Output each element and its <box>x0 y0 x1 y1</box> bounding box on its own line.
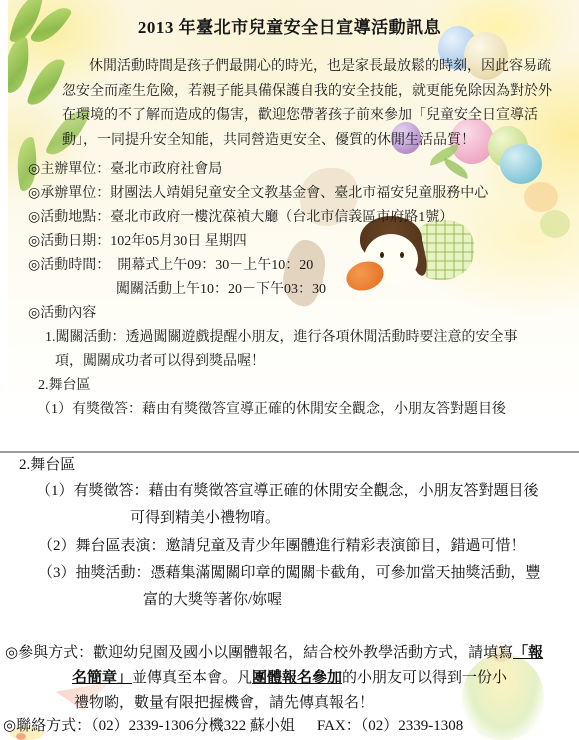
participation-line-2: 名簡章」並傳真至本會。凡團體報名參加的小朋友可以得到一份小 <box>72 668 507 688</box>
participation-text: 的小朋友可以得到一份小 <box>342 670 507 686</box>
intro-line: 動」，一同提升安全知能，共同營造更安全、優質的休閒生活品質！ <box>62 129 573 154</box>
time-line-opening: ◎活動時間： 開幕式上午09：30－上午10：20 <box>28 254 573 278</box>
game-activity-line-1: 1.闖關活動：透過闖關遊戲提醒小朋友，進行各項休閒活動時要注意的安全事 <box>28 326 573 350</box>
event-notice-page: { "flyer": { "title": "2013 年臺北市兒童安全日宣導活… <box>0 0 579 740</box>
time-line-games: 闖關活動上午10：20－下午03：30 <box>28 278 573 302</box>
co-organizer-line: ◎承辦單位：財團法人靖娟兒童安全文教基金會、臺北市福安兒童服務中心 <box>28 182 573 206</box>
content-heading: ◎活動內容 <box>28 302 573 326</box>
intro-paragraph: 休閒活動時間是孩子們最開心的時光，也是家長最放鬆的時刻，因此容易疏 忽安全而產生… <box>62 55 573 153</box>
event-flyer-image: 2013 年臺北市兒童安全日宣導活動訊息 休閒活動時間是孩子們最開心的時光，也是… <box>0 0 579 451</box>
group-registration-highlight: 團體報名參加 <box>252 670 342 686</box>
participation-line-3: 禮物喲，數量有限把握機會，請先傳真報名！ <box>74 693 374 713</box>
flyer-details: ◎主辦單位：臺北市政府社會局 ◎承辦單位：財團法人靖娟兒童安全文教基金會、臺北市… <box>28 158 573 422</box>
green-leaf-icon <box>27 54 66 111</box>
quiz-answer-line-1: （1）有獎徵答：藉由有獎徵答宣導正確的休閒安全觀念，小朋友答對題目後 <box>36 481 539 501</box>
stage-performance-line: （2）舞台區表演：邀請兒童及青少年團體進行精彩表演節目，錯過可惜！ <box>38 536 526 556</box>
participation-text: 並傳真至本會。凡 <box>132 670 252 686</box>
registration-form-highlight: 名簡章」 <box>72 670 132 686</box>
game-activity-line-2: 項，闖關成功者可以得到獎品喔！ <box>28 350 573 374</box>
quiz-line: （1）有獎徵答：藉由有獎徵答宣導正確的休閒安全觀念，小朋友答對題目後 <box>28 398 573 422</box>
contact-line: ◎聯絡方式：（02）2339-1306分機322 蘇小姐FAX：（02）2339… <box>3 716 463 736</box>
lottery-line-1: （3）抽獎活動：憑藉集滿闖關印章的闖關卡截角，可參加當天抽獎活動，豐 <box>38 563 541 583</box>
intro-line: 忽安全而產生危險，若親子能具備保護自我的安全技能，就更能免除因為對於外 <box>62 80 573 105</box>
registration-form-highlight: 「報 <box>513 645 543 661</box>
contact-label: ◎聯絡方式： <box>3 718 91 734</box>
stage-area-heading: 2.舞台區 <box>19 455 75 475</box>
participation-line-1: ◎參與方式：歡迎幼兒園及國小以團體報名，結合校外教學活動方式，請填寫「報 <box>5 643 543 663</box>
intro-line: 休閒活動時間是孩子們最開心的時光，也是家長最放鬆的時刻，因此容易疏 <box>62 55 573 80</box>
location-line: ◎活動地點：臺北市政府一樓沈葆禎大廳（台北市信義區市府路1號） <box>28 206 573 230</box>
figure-decoration-bottom-right <box>462 654 544 740</box>
date-line: ◎活動日期：102年05月30日 星期四 <box>28 230 573 254</box>
lottery-line-2: 富的大獎等著你/妳喔 <box>143 590 282 610</box>
flyer-left-margin <box>0 0 8 451</box>
flyer-title: 2013 年臺北市兒童安全日宣導活動訊息 <box>0 13 579 38</box>
quiz-answer-line-2: 可得到精美小禮物唷。 <box>130 508 280 528</box>
participation-text: ◎參與方式：歡迎幼兒園及國小以團體報名，結合校外教學活動方式，請填寫 <box>5 645 513 661</box>
stage-area-heading: 2.舞台區 <box>28 374 573 398</box>
green-leaf-icon <box>1 37 33 93</box>
contact-fax: FAX：（02）2339-1308 <box>317 718 463 734</box>
contact-phone: （02）2339-1306分機322 蘇小姐 <box>91 718 295 734</box>
intro-line: 在環境的不了解而造成的傷害，歡迎您帶著孩子前來參加「兒童安全日宣導活 <box>62 104 573 129</box>
organizer-line: ◎主辦單位：臺北市政府社會局 <box>28 158 573 182</box>
section-divider <box>0 451 579 453</box>
